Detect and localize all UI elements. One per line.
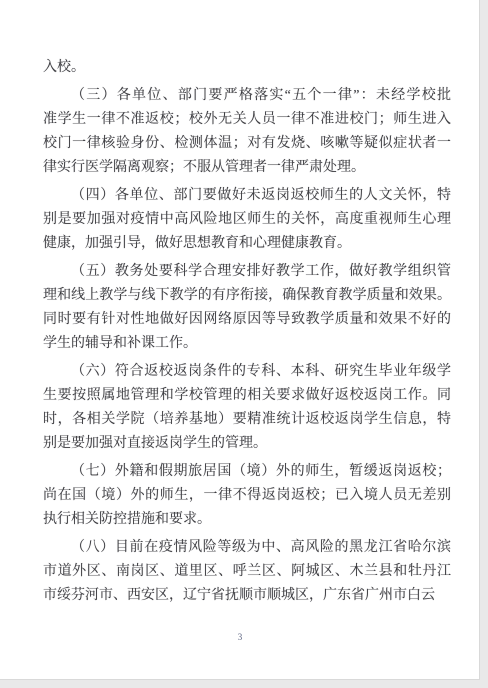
text-line: 执行相关防控措施和要求。	[43, 508, 451, 532]
text-line: 理和线上教学与线下教学的有序衔接，确保教育教学质量和效果。	[43, 284, 451, 308]
paragraph: （三）各单位、部门要严格落实“五个一律”：未经学校批准学生一律不准返校；校外无关…	[43, 84, 451, 180]
text-line: 准学生一律不准返校；校外无关人员一律不准进校门；师生进入	[43, 108, 451, 132]
text-line: 别是要加强对疫情中高风险地区师生的关怀，高度重视师生心理	[43, 208, 451, 232]
text-line: 学生的辅导和补课工作。	[43, 332, 451, 356]
paragraph: （七）外籍和假期旅居国（境）外的师生，暂缓返岗返校；尚在国（境）外的师生，一律不…	[43, 460, 451, 532]
text-line: 别是要加强对直接返岗学生的管理。	[43, 432, 451, 456]
text-line: （八）目前在疫情风险等级为中、高风险的黑龙江省哈尔滨	[43, 536, 451, 560]
paragraph: （六）符合返校返岗条件的专科、本科、研究生毕业年级学生要按照属地管理和学校管理的…	[43, 360, 451, 456]
text-line: 律实行医学隔离观察；不服从管理者一律严肃处理。	[43, 156, 451, 180]
text-line: （七）外籍和假期旅居国（境）外的师生，暂缓返岗返校；	[43, 460, 451, 484]
text-line: 校门一律核验身份、检测体温；对有发烧、咳嗽等疑似症状者一	[43, 132, 451, 156]
text-line: 尚在国（境）外的师生，一律不得返岗返校；已入境人员无差别	[43, 484, 451, 508]
document-page: 入校。（三）各单位、部门要严格落实“五个一律”：未经学校批准学生一律不准返校；校…	[0, 0, 480, 680]
document-body-text: 入校。（三）各单位、部门要严格落实“五个一律”：未经学校批准学生一律不准返校；校…	[43, 56, 451, 608]
paragraph: （八）目前在疫情风险等级为中、高风险的黑龙江省哈尔滨市道外区、南岗区、道里区、呼…	[43, 536, 451, 608]
paragraph: （四）各单位、部门要做好未返岗返校师生的人文关怀，特别是要加强对疫情中高风险地区…	[43, 184, 451, 256]
text-line: 生要按照属地管理和学校管理的相关要求做好返校返岗工作。同	[43, 384, 451, 408]
text-line: （三）各单位、部门要严格落实“五个一律”：未经学校批	[43, 84, 451, 108]
text-line: 市道外区、南岗区、道里区、呼兰区、阿城区、木兰县和牡丹江	[43, 560, 451, 584]
paragraph: （五）教务处要科学合理安排好教学工作，做好教学组织管理和线上教学与线下教学的有序…	[43, 260, 451, 356]
text-line: （四）各单位、部门要做好未返岗返校师生的人文关怀，特	[43, 184, 451, 208]
text-line: 市绥芬河市、西安区，辽宁省抚顺市顺城区，广东省广州市白云	[43, 584, 451, 608]
text-line: 入校。	[43, 56, 451, 80]
paragraph: 入校。	[43, 56, 451, 80]
text-line: （六）符合返校返岗条件的专科、本科、研究生毕业年级学	[43, 360, 451, 384]
text-line: （五）教务处要科学合理安排好教学工作，做好教学组织管	[43, 260, 451, 284]
text-line: 健康，加强引导，做好思想教育和心理健康教育。	[43, 232, 451, 256]
text-line: 时，各相关学院（培养基地）要精准统计返校返岗学生信息，特	[43, 408, 451, 432]
text-line: 同时要有针对性地做好因网络原因等导致教学质量和效果不好的	[43, 308, 451, 332]
page-number: 3	[0, 632, 480, 643]
